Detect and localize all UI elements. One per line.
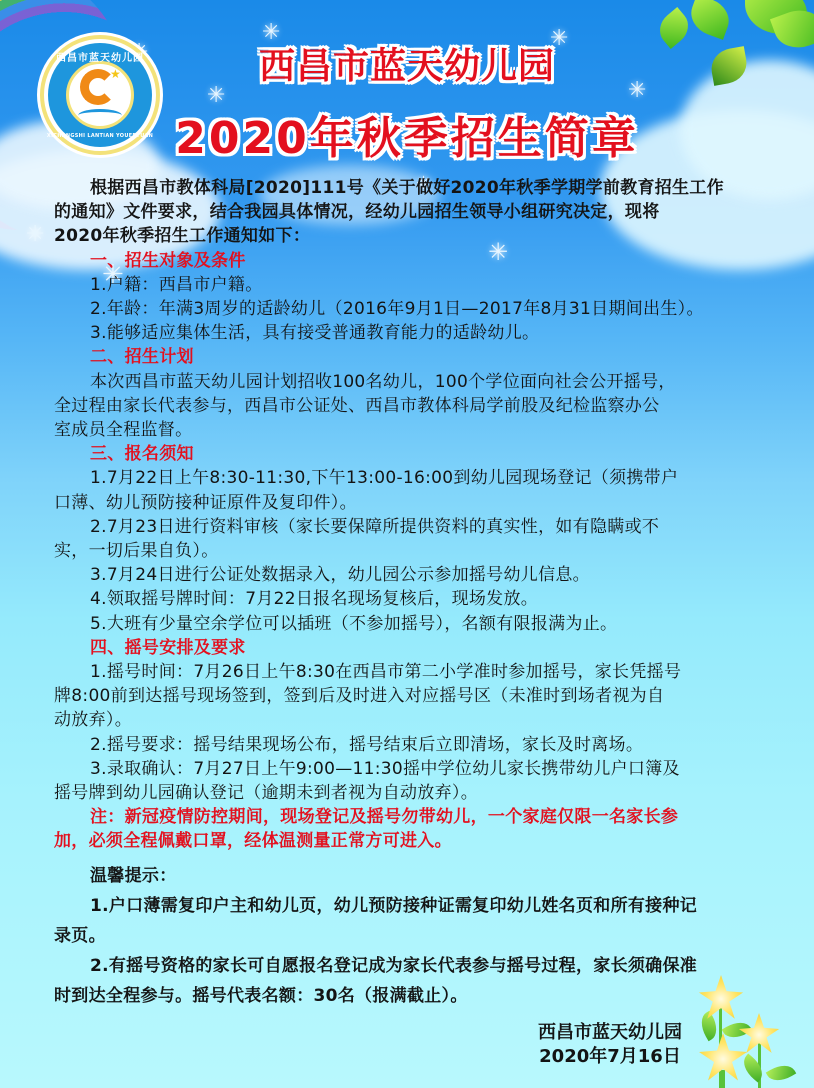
tips-block: 温馨提示： 1.户口薄需复印户主和幼儿页，幼儿预防接种证需复印幼儿姓名页和所有接…: [54, 861, 784, 1011]
section-line: 牌8:00前到达摇号现场签到，签到后及时进入对应摇号区（未准时到场者视为自: [54, 684, 784, 708]
section-line: 3.录取确认：7月27日上午9:00—11:30摇中学位幼儿家长携带幼儿户口簿及: [54, 757, 784, 781]
section-line: 室成员全程监督。: [54, 418, 784, 442]
section-line: 全过程由家长代表参与，西昌市公证处、西昌市教体科局学前股及纪检监察办公: [54, 394, 784, 418]
section-line: 1.户籍：西昌市户籍。: [54, 273, 784, 297]
section-line: 1.摇号时间：7月26日上午8:30在西昌市第二小学准时参加摇号，家长凭摇号: [54, 660, 784, 684]
school-name-title: 西昌市蓝天幼儿园: [0, 38, 814, 89]
section-registration: 三、报名须知 1.7月22日上午8:30-11:30,下午13:00-16:00…: [54, 442, 784, 636]
section-heading: 三、报名须知: [54, 442, 784, 466]
tips-line: 时到达全程参与。摇号代表名额：30名（报满截止）。: [54, 981, 784, 1011]
document-body: 根据西昌市教体科局[2020]111号《关于做好2020年秋季学期学前教育招生工…: [54, 176, 784, 1011]
notice-line: 注：新冠疫情防控期间，现场登记及摇号勿带幼儿，一个家庭仅限一名家长参: [54, 805, 784, 829]
signature-block: 西昌市蓝天幼儿园 2020年7月16日: [520, 1021, 700, 1069]
intro-line: 根据西昌市教体科局[2020]111号《关于做好2020年秋季学期学前教育招生工…: [54, 176, 784, 200]
section-eligibility: 一、招生对象及条件 1.户籍：西昌市户籍。 2.年龄：年满3周岁的适龄幼儿（20…: [54, 249, 784, 346]
section-line: 4.领取摇号牌时间：7月22日报名现场复核后，现场发放。: [54, 587, 784, 611]
section-line: 3.7月24日进行公证处数据录入，幼儿园公示参加摇号幼儿信息。: [54, 563, 784, 587]
section-plan: 二、招生计划 本次西昌市蓝天幼儿园计划招收100名幼儿，100个学位面向社会公开…: [54, 345, 784, 442]
section-line: 实，一切后果自负）。: [54, 539, 784, 563]
intro-line: 的通知》文件要求，结合我园具体情况，经幼儿园招生领导小组研究决定，现将: [54, 200, 784, 224]
tips-line: 1.户口薄需复印户主和幼儿页，幼儿预防接种证需复印幼儿姓名页和所有接种记: [54, 891, 784, 921]
section-line: 1.7月22日上午8:30-11:30,下午13:00-16:00到幼儿园现场登…: [54, 466, 784, 490]
tips-line: 2.有摇号资格的家长可自愿报名登记成为家长代表参与摇号过程，家长须确保准: [54, 951, 784, 981]
signature-org: 西昌市蓝天幼儿园: [520, 1021, 700, 1045]
sparkle-icon: ✳: [26, 224, 44, 246]
section-heading: 二、招生计划: [54, 345, 784, 369]
page-title: 2020年秋季招生简章: [0, 102, 814, 166]
section-line: 摇号牌到幼儿园确认登记（逾期未到者视为自动放弃）。: [54, 781, 784, 805]
section-heading: 四、摇号安排及要求: [54, 636, 784, 660]
section-line: 2.年龄：年满3周岁的适龄幼儿（2016年9月1日—2017年8月31日期间出生…: [54, 297, 784, 321]
signature-date: 2020年7月16日: [520, 1045, 700, 1069]
leaf-icon: [738, 1054, 768, 1083]
tips-line: 录页。: [54, 921, 784, 951]
section-line: 2.摇号要求：摇号结果现场公布，摇号结束后立即清场，家长及时离场。: [54, 733, 784, 757]
section-line: 3.能够适应集体生活，具有接受普通教育能力的适龄幼儿。: [54, 321, 784, 345]
tips-heading: 温馨提示：: [54, 861, 784, 891]
covid-notice: 注：新冠疫情防控期间，现场登记及摇号勿带幼儿，一个家庭仅限一名家长参 加，必须全…: [54, 805, 784, 853]
section-line: 2.7月23日进行资料审核（家长要保障所提供资料的真实性，如有隐瞒或不: [54, 515, 784, 539]
section-line: 口薄、幼儿预防接种证原件及复印件）。: [54, 491, 784, 515]
flower-stem: [722, 1070, 725, 1088]
intro-line: 2020年秋季招生工作通知如下：: [54, 224, 784, 248]
section-line: 本次西昌市蓝天幼儿园计划招收100名幼儿，100个学位面向社会公开摇号，: [54, 370, 784, 394]
section-lottery: 四、摇号安排及要求 1.摇号时间：7月26日上午8:30在西昌市第二小学准时参加…: [54, 636, 784, 805]
section-heading: 一、招生对象及条件: [54, 249, 784, 273]
leaf-icon: [766, 1060, 797, 1087]
intro-paragraph: 根据西昌市教体科局[2020]111号《关于做好2020年秋季学期学前教育招生工…: [54, 176, 784, 249]
section-line: 动放弃）。: [54, 708, 784, 732]
section-line: 5.大班有少量空余学位可以插班（不参加摇号），名额有限报满为止。: [54, 612, 784, 636]
notice-line: 加，必须全程佩戴口罩，经体温测量正常方可进入。: [54, 829, 784, 853]
